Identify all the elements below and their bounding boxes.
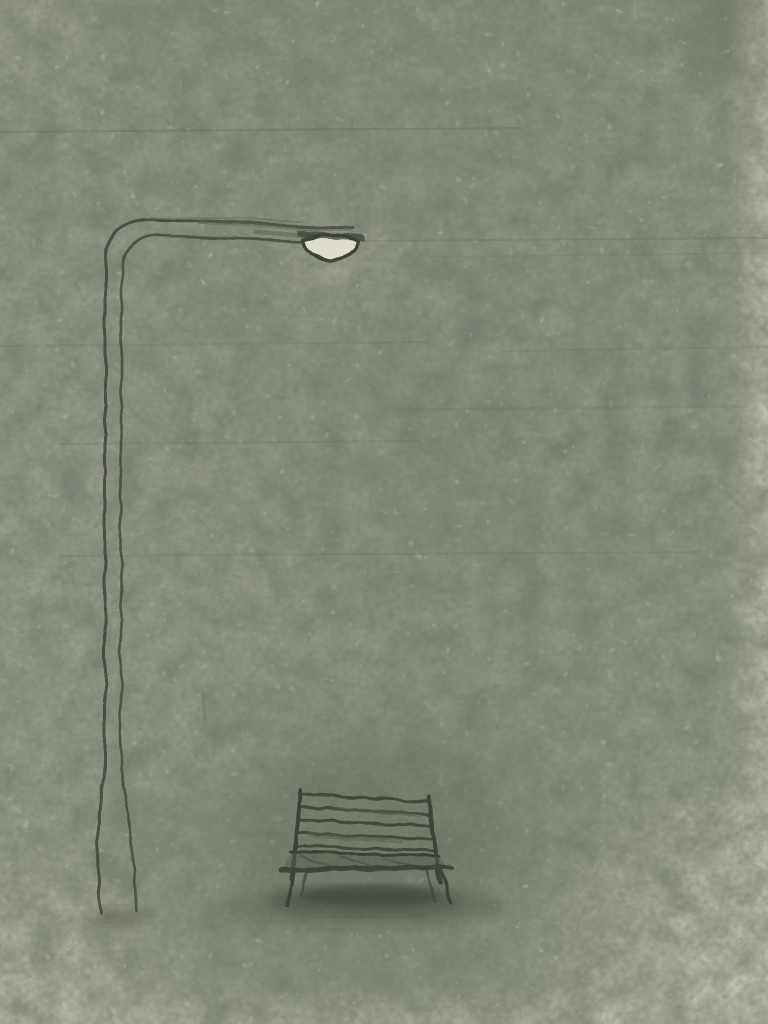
bench-seat [281,852,450,871]
bench-seat-front-edge [281,867,450,870]
lamp-base-shadow [88,906,152,926]
charcoal-sketch-image: Street lamp and empty bench — charcoal s… [0,0,768,1024]
stray-mark [203,694,205,720]
sketch-photo: Street lamp and empty bench — charcoal s… [0,0,768,1024]
lamp-head-top-stroke [299,234,362,238]
shadow-core [300,886,440,906]
